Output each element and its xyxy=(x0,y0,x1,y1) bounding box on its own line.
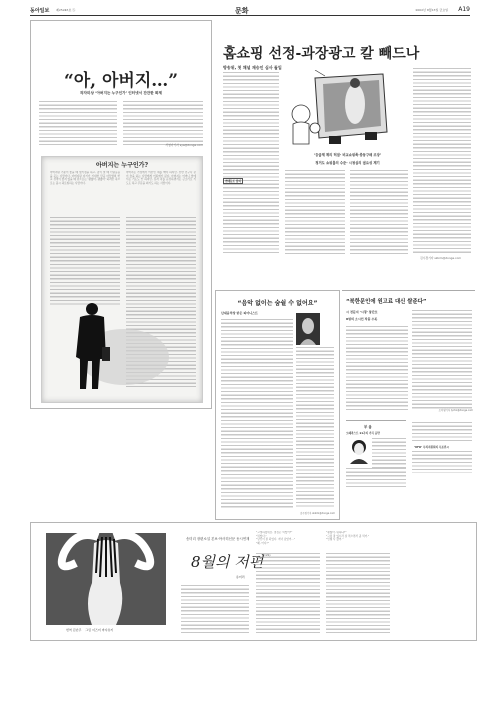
poem-box-title: 아버지는 누구인가? xyxy=(42,160,202,169)
father-subhead: 작자미상 ‘아버지는 누구인가’ 인터넷서 잔잔한 화제 xyxy=(31,91,211,96)
homeshopping-col2 xyxy=(285,170,345,255)
father-headline: “아, 아버지…” xyxy=(31,66,211,91)
novel-col3-lines xyxy=(326,553,390,633)
north-top-rule xyxy=(342,290,475,291)
north-col2 xyxy=(412,310,472,410)
music-headline: “음악 없이는 숨쉴 수 없어요” xyxy=(216,298,339,307)
obit-col2a xyxy=(412,422,472,442)
homeshopping-col4 xyxy=(413,68,471,253)
pianist-photo xyxy=(296,313,320,345)
issue-number: 제25245호 ⑤ xyxy=(56,8,75,12)
novel-illustration xyxy=(46,533,166,625)
father-silhouette-image xyxy=(64,297,174,397)
novel-kicker: 송미리 장편소설 본보-아사히신문 동시연재 xyxy=(186,536,249,541)
article-homeshopping: 홈쇼핑 선정-과장광고 칼 빼드나 방송위, 첫 채널 재승인 심사 돌입 ‘등… xyxy=(215,20,475,285)
north-byline: 조이영기자 lycho@donga.com xyxy=(439,408,473,412)
article-north: “북한문인에 원고료 대신 쌀준다” 시 전문지 ‘시경’ 창간호 8명의 소시… xyxy=(342,290,477,415)
article-father: “아, 아버지…” 작자미상 ‘아버지는 누구인가’ 인터넷서 잔잔한 화제 서… xyxy=(30,20,212,409)
homeshopping-byline: 김수경기자 skkim@donga.com xyxy=(420,256,461,260)
obit-label: 부 음 xyxy=(364,424,372,429)
novel-line: "인형 사 왔어." xyxy=(326,538,390,542)
caption-illustrator: 이즈미 마사유키 xyxy=(92,628,113,632)
obit-col2b xyxy=(412,451,472,473)
homeshopping-col1 xyxy=(223,72,279,255)
music-subhead: 난새음악상 받은 피아니스트 xyxy=(221,311,258,315)
obit-rule xyxy=(346,420,406,421)
section-title: 문화 xyxy=(235,6,249,16)
caption-illustrator-label: 그림 xyxy=(85,628,91,632)
homeshopping-headline: 홈쇼핑 선정-과장광고 칼 빼드나 xyxy=(223,43,419,63)
father-poem-box: 아버지는 누구인가? 아버지란 기분이 좋을 때 헛기침을 하고, 겁이 날 때… xyxy=(41,156,203,403)
article-music: “음악 없이는 숨쉴 수 없어요” 난새음악상 받은 피아니스트 김수경기자 s… xyxy=(215,290,340,520)
homeshopping-caption-line1: ‘등급제 제의 허점- 비교쇼핑족·충동구매 조장’ xyxy=(285,152,410,157)
father-body-col2 xyxy=(123,101,203,145)
article-obit: 부 음 오페라스트 11곡의 가곡 음반 ‘UFO’ 우리지원회의 우표전시 xyxy=(342,420,477,520)
father-body-col1 xyxy=(39,101,117,145)
father-byline: 서영아기자 sya@donga.com xyxy=(165,143,203,147)
masthead: 동아일보 제25245호 ⑤ 문화 2002년 8월13일 금요일 A19 xyxy=(30,7,470,16)
caption-writer-label: 번역 xyxy=(66,628,72,632)
homeshopping-col3 xyxy=(350,170,408,255)
homeshopping-box-label: 연대등도 심의 xyxy=(223,178,243,184)
newspaper-name: 동아일보 xyxy=(30,7,49,14)
obit-col1a xyxy=(372,438,406,468)
north-subhead-line2: 8명의 소시인 작품 수록 xyxy=(346,317,377,321)
obit-kicker: 오페라스트 11곡의 가곡 음반 xyxy=(346,431,380,435)
issue-date: 2002년 8월13일 금요일 xyxy=(415,8,448,12)
music-byline: 김수경기자 skkim@donga.com xyxy=(300,511,335,515)
music-col1 xyxy=(221,319,293,509)
homeshopping-caption-line2: 정거도 쇼핑몰의 수준- 시청심의 필요성 제기 xyxy=(285,160,410,165)
novel-col2-lines xyxy=(256,553,320,633)
serial-novel: 번역 김난주 그림 이즈미 마사유키 송미리 장편소설 본보-아사히신문 동시연… xyxy=(30,522,477,641)
north-subhead-line1: 시 전문지 ‘시경’ 창간호 xyxy=(346,310,378,314)
novel-caption: 번역 김난주 그림 이즈미 마사유키 xyxy=(66,628,113,632)
music-col2 xyxy=(296,347,334,507)
north-col1 xyxy=(346,326,408,411)
homeshopping-tv-illustration xyxy=(285,70,390,148)
ufo-title: ‘UFO’ 우리지원회의 우표전시 xyxy=(414,445,449,449)
homeshopping-subhead: 방송위, 첫 채널 재승인 심사 돌입 xyxy=(223,65,282,71)
novel-author: 유미리 xyxy=(236,575,245,579)
north-headline: “북한문인에 원고료 대신 쌀준다” xyxy=(346,297,426,305)
poem-lines-left xyxy=(50,217,120,307)
novel-col1 xyxy=(181,585,249,633)
obit-portrait xyxy=(348,438,370,464)
novel-title: 8월의 저편 xyxy=(191,551,263,572)
page-number: A19 xyxy=(458,6,470,13)
obit-col1b xyxy=(346,468,406,488)
caption-writer: 김난주 xyxy=(73,628,82,632)
novel-line: "왜, 어디?" xyxy=(256,542,320,546)
